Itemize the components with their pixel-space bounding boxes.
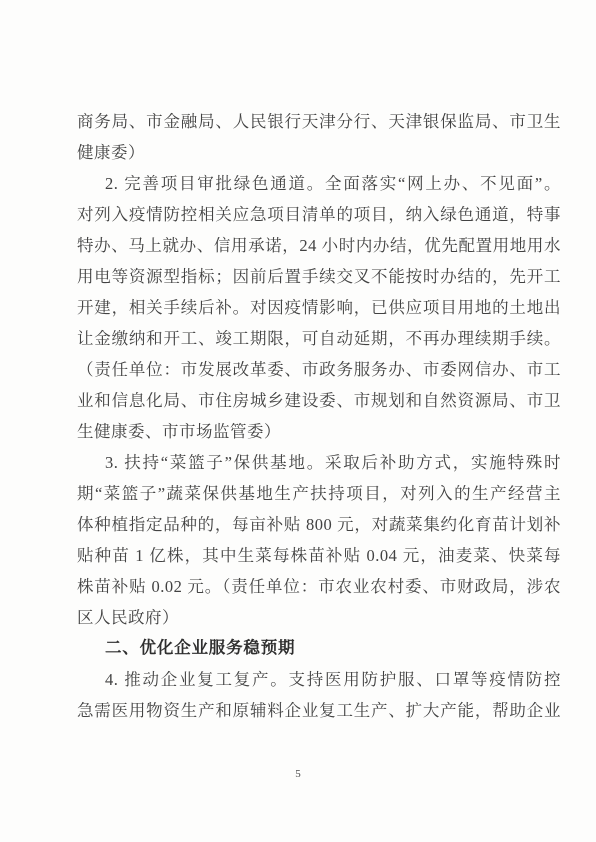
text-line: 用电等资源型指标；因前后置手续交叉不能按时办结的，先开工 bbox=[77, 261, 561, 292]
text-line: 健康委） bbox=[77, 137, 561, 168]
text-line: 区人民政府） bbox=[77, 602, 561, 633]
text-line: （责任单位：市发展改革委、市政务服务办、市委网信办、市工 bbox=[77, 354, 561, 385]
text-line: 3. 扶持“菜篮子”保供基地。采取后补助方式，实施特殊时 bbox=[77, 447, 561, 478]
text-line: 株苗补贴 0.02 元。（责任单位：市农业农村委、市财政局，涉农 bbox=[77, 571, 561, 602]
text-line: 特办、马上就办、信用承诺，24 小时内办结，优先配置用地用水 bbox=[77, 230, 561, 261]
text-line: 期“菜篮子”蔬菜保供基地生产扶持项目，对列入的生产经营主 bbox=[77, 478, 561, 509]
text-line: 开建，相关手续后补。对因疫情影响，已供应项目用地的土地出 bbox=[77, 292, 561, 323]
text-line: 2. 完善项目审批绿色通道。全面落实“网上办、不见面”。 bbox=[77, 168, 561, 199]
document-page: 商务局、市金融局、人民银行天津分行、天津银保监局、市卫生健康委）2. 完善项目审… bbox=[0, 0, 596, 842]
page-number: 5 bbox=[0, 768, 596, 780]
section-heading: 二、优化企业服务稳预期 bbox=[77, 633, 561, 664]
text-line: 急需医用物资生产和原辅料企业复工生产、扩大产能，帮助企业 bbox=[77, 695, 561, 726]
text-line: 业和信息化局、市住房城乡建设委、市规划和自然资源局、市卫 bbox=[77, 385, 561, 416]
text-line: 对列入疫情防控相关应急项目清单的项目，纳入绿色通道，特事 bbox=[77, 199, 561, 230]
text-line: 商务局、市金融局、人民银行天津分行、天津银保监局、市卫生 bbox=[77, 106, 561, 137]
text-line: 生健康委、市市场监管委） bbox=[77, 416, 561, 447]
document-text-block: 商务局、市金融局、人民银行天津分行、天津银保监局、市卫生健康委）2. 完善项目审… bbox=[77, 106, 561, 726]
text-line: 让金缴纳和开工、竣工期限，可自动延期，不再办理续期手续。 bbox=[77, 323, 561, 354]
text-line: 4. 推动企业复工复产。支持医用防护服、口罩等疫情防控 bbox=[77, 664, 561, 695]
text-line: 体种植指定品种的，每亩补贴 800 元，对蔬菜集约化育苗计划补 bbox=[77, 509, 561, 540]
text-line: 贴种苗 1 亿株，其中生菜每株苗补贴 0.04 元，油麦菜、快菜每 bbox=[77, 540, 561, 571]
